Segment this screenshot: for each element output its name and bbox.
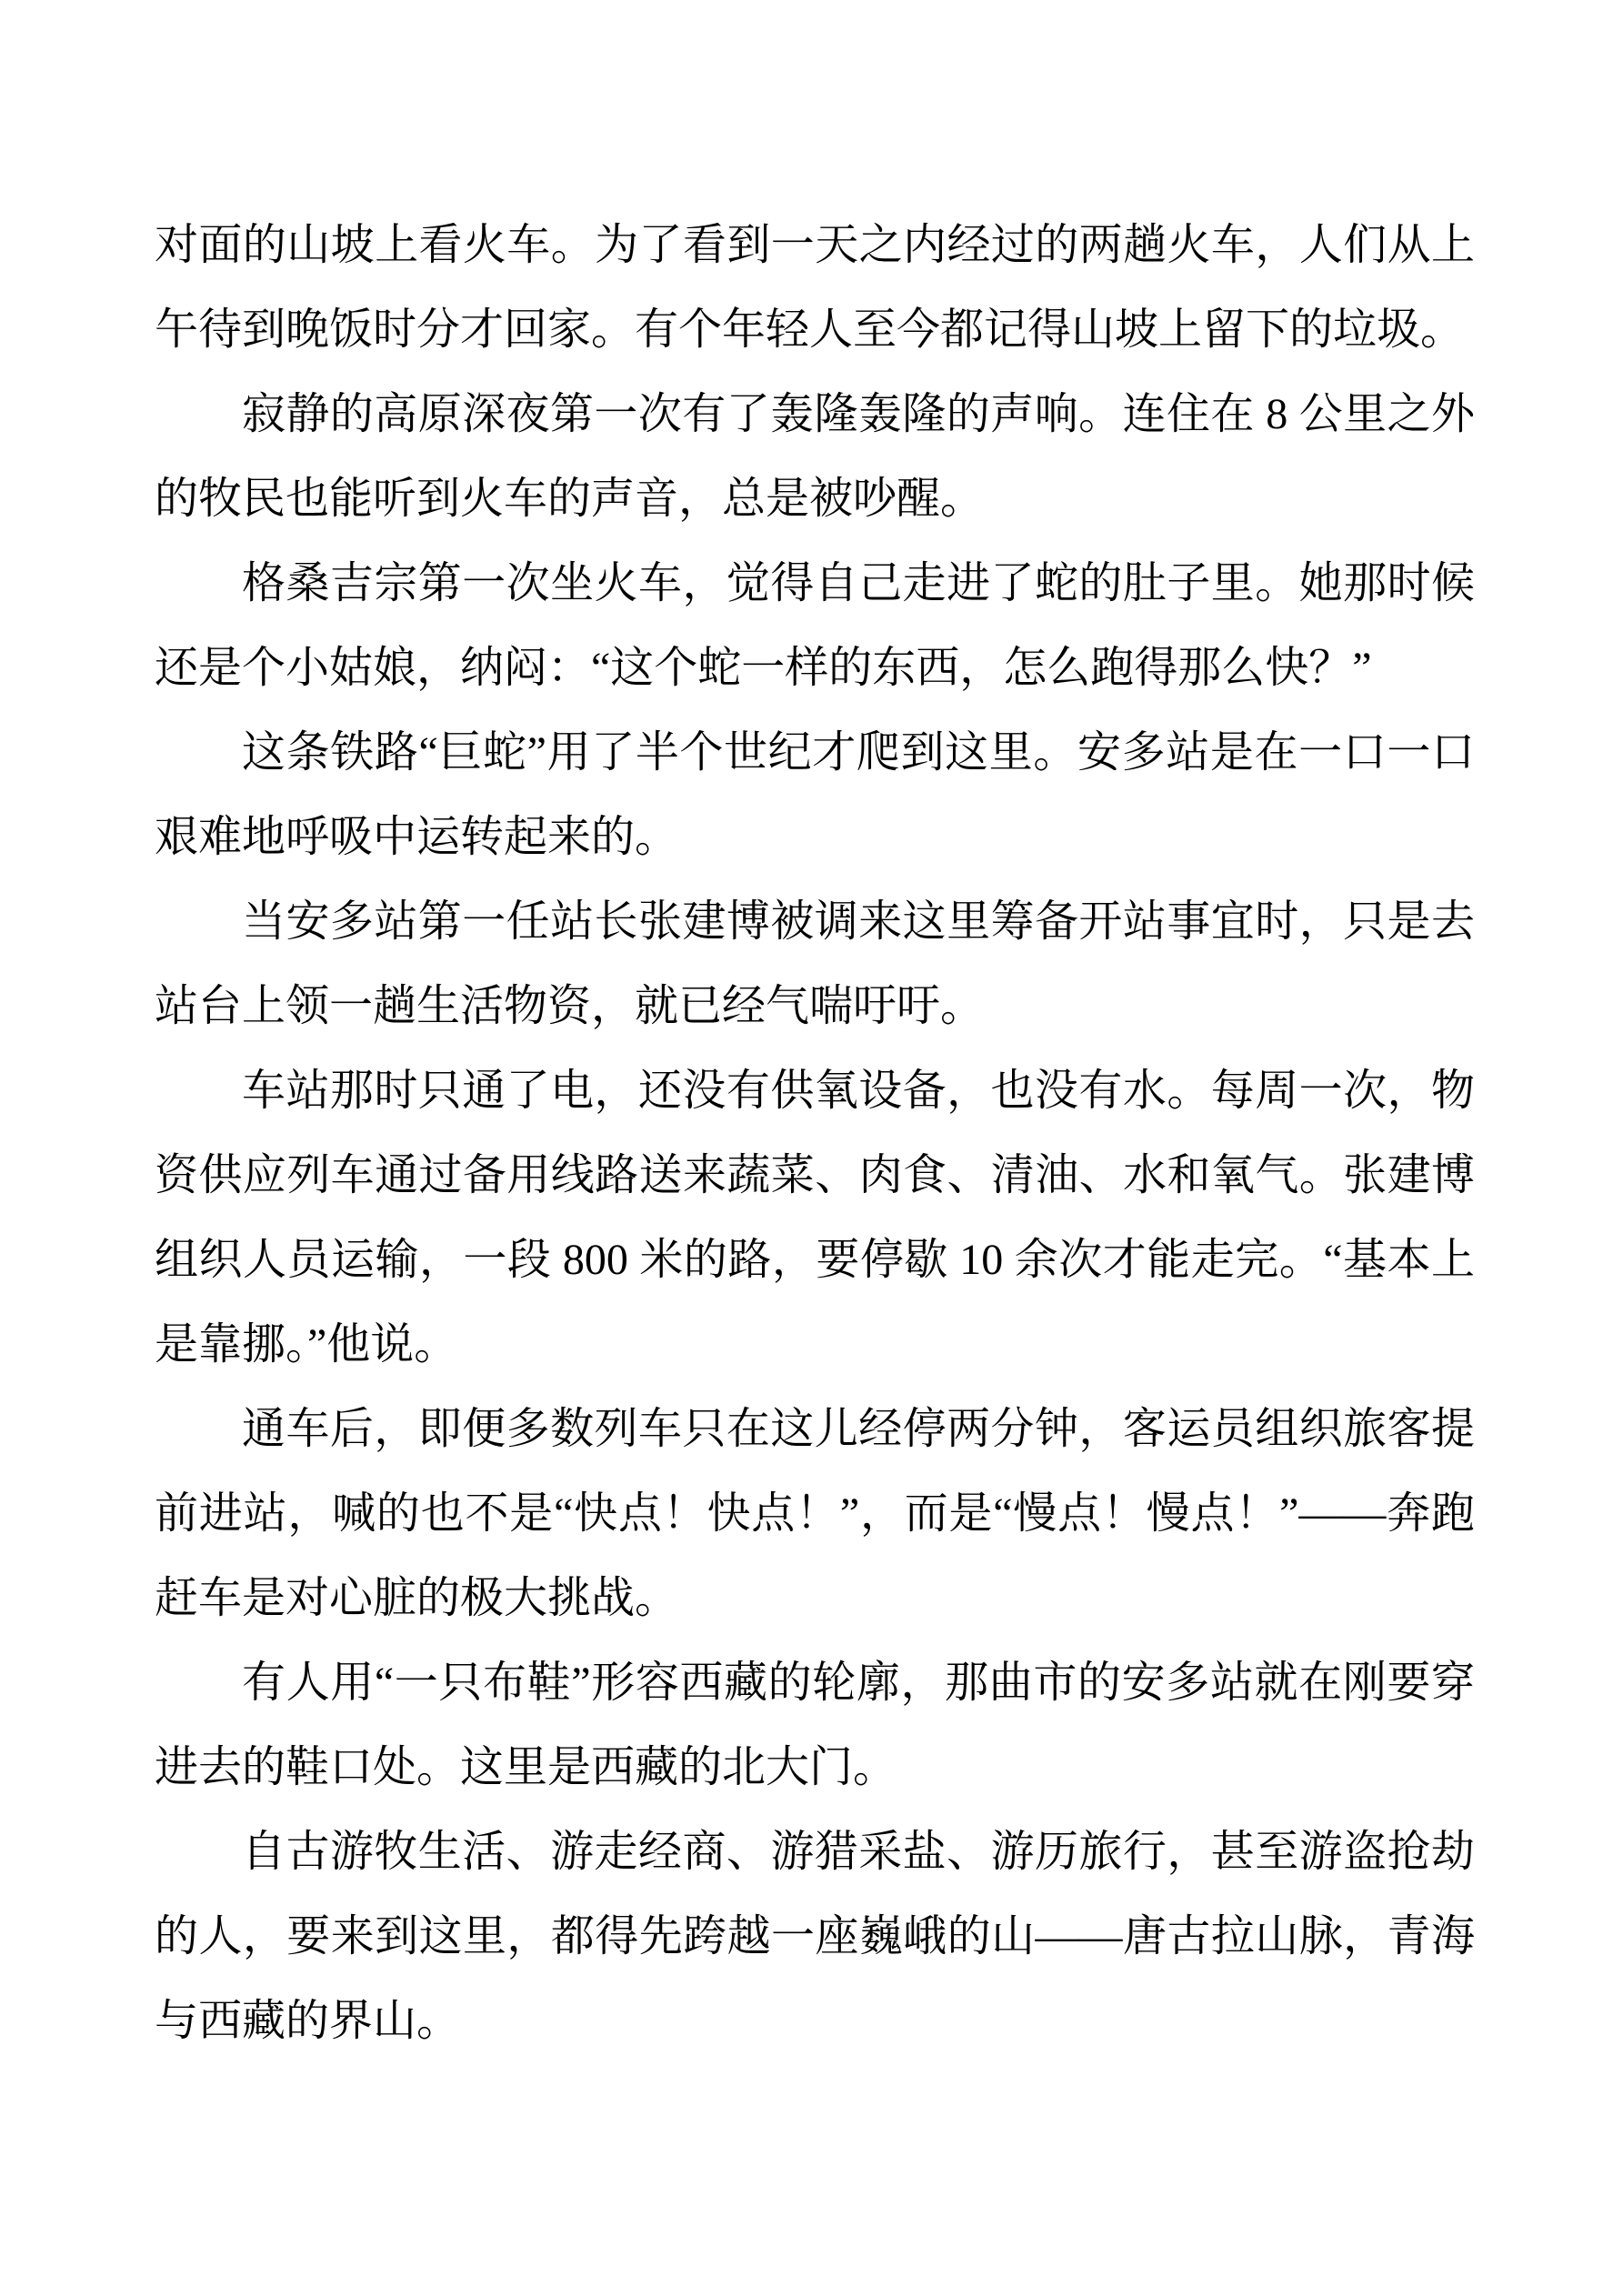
paragraph: 格桑吉宗第一次坐火车，觉得自己走进了蛇的肚子里。她那时候还是个小姑娘，纳闷：“这… [155, 541, 1475, 710]
paragraph: 寂静的高原深夜第一次有了轰隆轰隆的声响。连住在 8 公里之外的牧民也能听到火车的… [155, 372, 1475, 541]
paragraph: 有人用“一只布鞋”形容西藏的轮廓，那曲市的安多站就在刚要穿进去的鞋口处。这里是西… [155, 1640, 1475, 1810]
text-block: 对面的山坡上看火车。为了看到一天之内经过的两趟火车，人们从上午待到晚饭时分才回家… [155, 203, 1475, 2063]
paragraph: 当安多站第一任站长张建博被调来这里筹备开站事宜时，只是去站台上领一趟生活物资，就… [155, 879, 1475, 1048]
document-page: 对面的山坡上看火车。为了看到一天之内经过的两趟火车，人们从上午待到晚饭时分才回家… [0, 0, 1623, 2296]
paragraph: 对面的山坡上看火车。为了看到一天之内经过的两趟火车，人们从上午待到晚饭时分才回家… [155, 203, 1475, 372]
paragraph: 通车后，即便多数列车只在这儿经停两分钟，客运员组织旅客提前进站，喊的也不是“快点… [155, 1387, 1475, 1640]
paragraph: 自古游牧生活、游走经商、游猎采盐、游历旅行，甚至游盗抢劫的人，要来到这里，都得先… [155, 1810, 1475, 2063]
paragraph: 这条铁路“巨蛇”用了半个世纪才爬到这里。安多站是在一口一口艰难地呼吸中运转起来的… [155, 710, 1475, 879]
paragraph: 车站那时只通了电，还没有供氧设备，也没有水。每周一次，物资供应列车通过备用线路送… [155, 1048, 1475, 1387]
